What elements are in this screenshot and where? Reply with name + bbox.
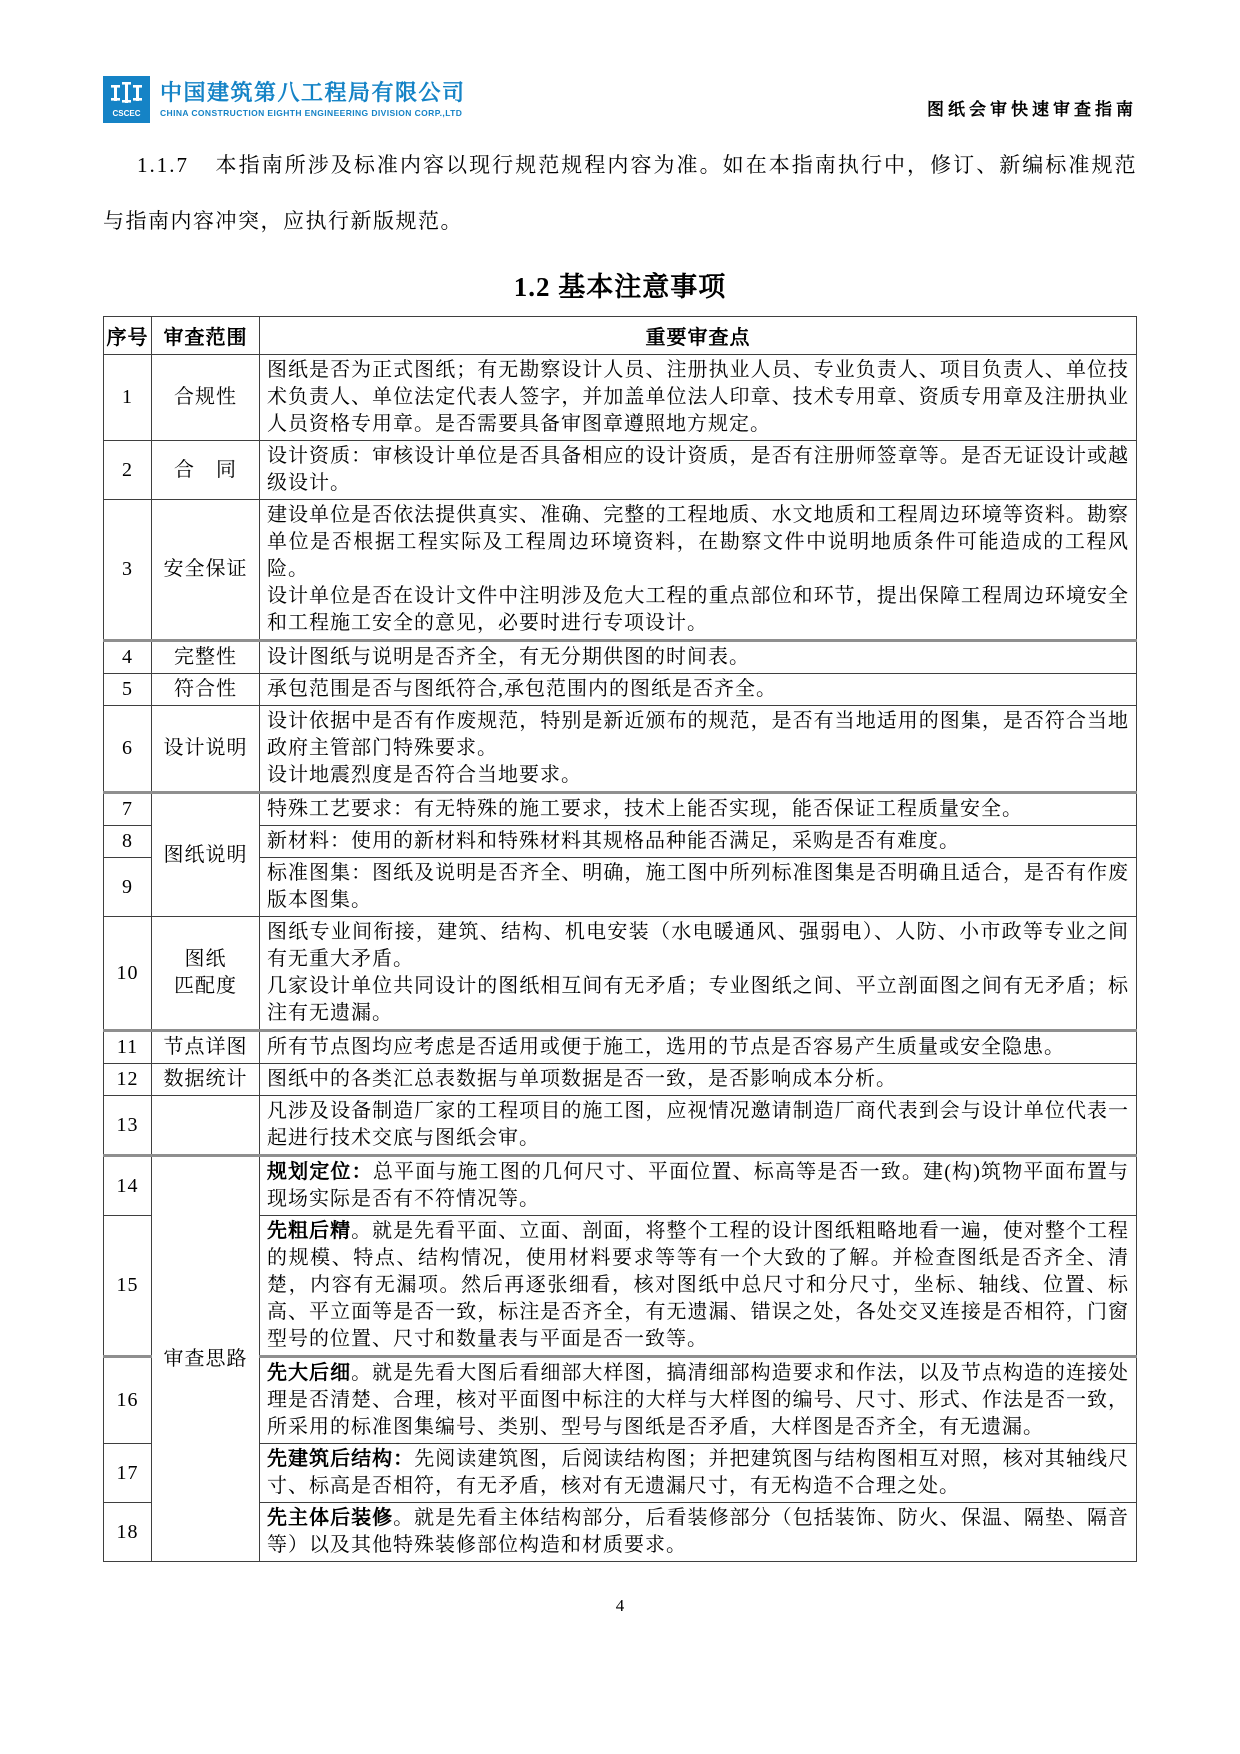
- row-scope: 符合性: [152, 674, 260, 706]
- row-no: 7: [104, 793, 152, 826]
- points-paragraph: 图纸专业间衔接，建筑、结构、机电安装（水电暖通风、强弱电）、人防、小市政等专业之…: [267, 919, 1129, 973]
- row-points: 设计依据中是否有作废规范，特别是新近颁布的规范，是否有当地适用的图集，是否符合当…: [260, 706, 1137, 793]
- doc-title: 图纸会审快速审查指南: [927, 95, 1137, 123]
- points-paragraph: 凡涉及设备制造厂家的工程项目的施工图，应视情况邀请制造厂商代表到会与设计单位代表…: [267, 1098, 1129, 1152]
- row-points: 凡涉及设备制造厂家的工程项目的施工图，应视情况邀请制造厂商代表到会与设计单位代表…: [260, 1096, 1137, 1156]
- row-scope: 审查思路: [152, 1156, 260, 1562]
- points-paragraph: 承包范围是否与图纸符合,承包范围内的图纸是否齐全。: [267, 676, 1129, 703]
- row-no: 8: [104, 826, 152, 858]
- row-points: 标准图集：图纸及说明是否齐全、明确，施工图中所列标准图集是否明确且适合，是否有作…: [260, 858, 1137, 917]
- row-points: 先主体后装修。就是先看主体结构部分，后看装修部分（包括装饰、防火、保温、隔垫、隔…: [260, 1503, 1137, 1562]
- row-scope: 图纸说明: [152, 793, 260, 917]
- points-paragraph: 设计依据中是否有作废规范，特别是新近颁布的规范，是否有当地适用的图集，是否符合当…: [267, 708, 1129, 762]
- row-points: 先大后细。就是先看大图后看细部大样图，搞清细部构造要求和作法，以及节点构造的连接…: [260, 1357, 1137, 1444]
- points-paragraph: 先建筑后结构：先阅读建筑图，后阅读结构图；并把建筑图与结构图相互对照，核对其轴线…: [267, 1446, 1129, 1500]
- section-title: 1.2 基本注意事项: [103, 265, 1137, 304]
- row-points: 承包范围是否与图纸符合,承包范围内的图纸是否齐全。: [260, 674, 1137, 706]
- intro-paragraph: 1.1.7本指南所涉及标准内容以现行规范规程内容为准。如在本指南执行中，修订、新…: [103, 137, 1137, 249]
- row-scope: 合 同: [152, 441, 260, 500]
- cscec-logo-icon: CSCEC: [103, 76, 150, 123]
- points-paragraph: 先主体后装修。就是先看主体结构部分，后看装修部分（包括装饰、防火、保温、隔垫、隔…: [267, 1505, 1129, 1559]
- row-scope: [152, 1096, 260, 1156]
- points-paragraph: 设计资质：审核设计单位是否具备相应的设计资质，是否有注册师签章等。是否无证设计或…: [267, 443, 1129, 497]
- row-scope: 合规性: [152, 355, 260, 441]
- review-table: 序号 审查范围 重要审查点 1 合规性 图纸是否为正式图纸；有无勘察设计人员、注…: [103, 316, 1137, 1562]
- points-paragraph: 标准图集：图纸及说明是否齐全、明确，施工图中所列标准图集是否明确且适合，是否有作…: [267, 860, 1129, 914]
- row-no: 9: [104, 858, 152, 917]
- row-no: 1: [104, 355, 152, 441]
- table-row: 10 图纸 匹配度 图纸专业间衔接，建筑、结构、机电安装（水电暖通风、强弱电）、…: [104, 917, 1137, 1031]
- col-header-points: 重要审查点: [260, 317, 1137, 355]
- row-points: 设计资质：审核设计单位是否具备相应的设计资质，是否有注册师签章等。是否无证设计或…: [260, 441, 1137, 500]
- clause-number: 1.1.7: [137, 153, 189, 177]
- svg-text:CSCEC: CSCEC: [112, 109, 140, 118]
- row-points: 图纸中的各类汇总表数据与单项数据是否一致，是否影响成本分析。: [260, 1064, 1137, 1096]
- company-logo: CSCEC 中国建筑第八工程局有限公司 CHINA CONSTRUCTION E…: [103, 76, 466, 123]
- row-no: 15: [104, 1216, 152, 1357]
- points-paragraph: 图纸中的各类汇总表数据与单项数据是否一致，是否影响成本分析。: [267, 1066, 1129, 1093]
- row-no: 18: [104, 1503, 152, 1562]
- row-no: 17: [104, 1444, 152, 1503]
- page-header: CSCEC 中国建筑第八工程局有限公司 CHINA CONSTRUCTION E…: [103, 0, 1137, 123]
- table-row: 11 节点详图 所有节点图均应考虑是否适用或便于施工，选用的节点是否容易产生质量…: [104, 1031, 1137, 1064]
- row-no: 3: [104, 500, 152, 641]
- row-no: 5: [104, 674, 152, 706]
- table-row: 6 设计说明 设计依据中是否有作废规范，特别是新近颁布的规范，是否有当地适用的图…: [104, 706, 1137, 793]
- row-points: 新材料：使用的新材料和特殊材料其规格品种能否满足，采购是否有难度。: [260, 826, 1137, 858]
- row-points: 图纸是否为正式图纸；有无勘察设计人员、注册执业人员、专业负责人、项目负责人、单位…: [260, 355, 1137, 441]
- points-paragraph: 特殊工艺要求：有无特殊的施工要求，技术上能否实现，能否保证工程质量安全。: [267, 796, 1129, 823]
- table-row: 13 凡涉及设备制造厂家的工程项目的施工图，应视情况邀请制造厂商代表到会与设计单…: [104, 1096, 1137, 1156]
- row-scope: 完整性: [152, 641, 260, 674]
- page-number: 4: [0, 1596, 1240, 1616]
- company-name-en: CHINA CONSTRUCTION EIGHTH ENGINEERING DI…: [160, 108, 466, 118]
- points-paragraph: 几家设计单位共同设计的图纸相互间有无矛盾；专业图纸之间、平立剖面图之间有无矛盾；…: [267, 973, 1129, 1027]
- row-scope: 图纸 匹配度: [152, 917, 260, 1031]
- row-points: 先粗后精。就是先看平面、立面、剖面，将整个工程的设计图纸粗略地看一遍，使对整个工…: [260, 1216, 1137, 1357]
- table-header-row: 序号 审查范围 重要审查点: [104, 317, 1137, 355]
- col-header-no: 序号: [104, 317, 152, 355]
- row-points: 所有节点图均应考虑是否适用或便于施工，选用的节点是否容易产生质量或安全隐患。: [260, 1031, 1137, 1064]
- row-no: 16: [104, 1357, 152, 1444]
- row-scope: 安全保证: [152, 500, 260, 641]
- points-paragraph: 设计地震烈度是否符合当地要求。: [267, 762, 1129, 789]
- points-paragraph: 设计图纸与说明是否齐全，有无分期供图的时间表。: [267, 644, 1129, 671]
- row-scope: 节点详图: [152, 1031, 260, 1064]
- row-no: 13: [104, 1096, 152, 1156]
- table-row: 1 合规性 图纸是否为正式图纸；有无勘察设计人员、注册执业人员、专业负责人、项目…: [104, 355, 1137, 441]
- points-paragraph: 设计单位是否在设计文件中注明涉及危大工程的重点部位和环节，提出保障工程周边环境安…: [267, 583, 1129, 637]
- company-name-cn: 中国建筑第八工程局有限公司: [160, 81, 466, 104]
- row-no: 4: [104, 641, 152, 674]
- row-no: 6: [104, 706, 152, 793]
- row-no: 11: [104, 1031, 152, 1064]
- row-points: 设计图纸与说明是否齐全，有无分期供图的时间表。: [260, 641, 1137, 674]
- table-row: 12 数据统计 图纸中的各类汇总表数据与单项数据是否一致，是否影响成本分析。: [104, 1064, 1137, 1096]
- points-paragraph: 所有节点图均应考虑是否适用或便于施工，选用的节点是否容易产生质量或安全隐患。: [267, 1034, 1129, 1061]
- row-points: 特殊工艺要求：有无特殊的施工要求，技术上能否实现，能否保证工程质量安全。: [260, 793, 1137, 826]
- points-paragraph: 图纸是否为正式图纸；有无勘察设计人员、注册执业人员、专业负责人、项目负责人、单位…: [267, 357, 1129, 438]
- table-row: 3 安全保证 建设单位是否依法提供真实、准确、完整的工程地质、水文地质和工程周边…: [104, 500, 1137, 641]
- table-row: 7 图纸说明 特殊工艺要求：有无特殊的施工要求，技术上能否实现，能否保证工程质量…: [104, 793, 1137, 826]
- points-paragraph: 新材料：使用的新材料和特殊材料其规格品种能否满足，采购是否有难度。: [267, 828, 1129, 855]
- table-row: 2 合 同 设计资质：审核设计单位是否具备相应的设计资质，是否有注册师签章等。是…: [104, 441, 1137, 500]
- table-row: 14 审查思路 规划定位：总平面与施工图的几何尺寸、平面位置、标高等是否一致。建…: [104, 1156, 1137, 1216]
- row-no: 12: [104, 1064, 152, 1096]
- row-points: 先建筑后结构：先阅读建筑图，后阅读结构图；并把建筑图与结构图相互对照，核对其轴线…: [260, 1444, 1137, 1503]
- row-no: 2: [104, 441, 152, 500]
- intro-text: 本指南所涉及标准内容以现行规范规程内容为准。如在本指南执行中，修订、新编标准规范…: [103, 153, 1137, 233]
- row-no: 14: [104, 1156, 152, 1216]
- points-paragraph: 建设单位是否依法提供真实、准确、完整的工程地质、水文地质和工程周边环境等资料。勘…: [267, 502, 1129, 583]
- table-row: 4 完整性 设计图纸与说明是否齐全，有无分期供图的时间表。: [104, 641, 1137, 674]
- row-points: 图纸专业间衔接，建筑、结构、机电安装（水电暖通风、强弱电）、人防、小市政等专业之…: [260, 917, 1137, 1031]
- col-header-scope: 审查范围: [152, 317, 260, 355]
- row-no: 10: [104, 917, 152, 1031]
- table-row: 5 符合性 承包范围是否与图纸符合,承包范围内的图纸是否齐全。: [104, 674, 1137, 706]
- company-name-block: 中国建筑第八工程局有限公司 CHINA CONSTRUCTION EIGHTH …: [160, 81, 466, 117]
- points-paragraph: 先大后细。就是先看大图后看细部大样图，搞清细部构造要求和作法，以及节点构造的连接…: [267, 1360, 1129, 1441]
- row-scope: 设计说明: [152, 706, 260, 793]
- row-points: 建设单位是否依法提供真实、准确、完整的工程地质、水文地质和工程周边环境等资料。勘…: [260, 500, 1137, 641]
- document-page: CSCEC 中国建筑第八工程局有限公司 CHINA CONSTRUCTION E…: [0, 0, 1240, 1754]
- row-points: 规划定位：总平面与施工图的几何尺寸、平面位置、标高等是否一致。建(构)筑物平面布…: [260, 1156, 1137, 1216]
- row-scope: 数据统计: [152, 1064, 260, 1096]
- points-paragraph: 规划定位：总平面与施工图的几何尺寸、平面位置、标高等是否一致。建(构)筑物平面布…: [267, 1159, 1129, 1213]
- points-paragraph: 先粗后精。就是先看平面、立面、剖面，将整个工程的设计图纸粗略地看一遍，使对整个工…: [267, 1218, 1129, 1353]
